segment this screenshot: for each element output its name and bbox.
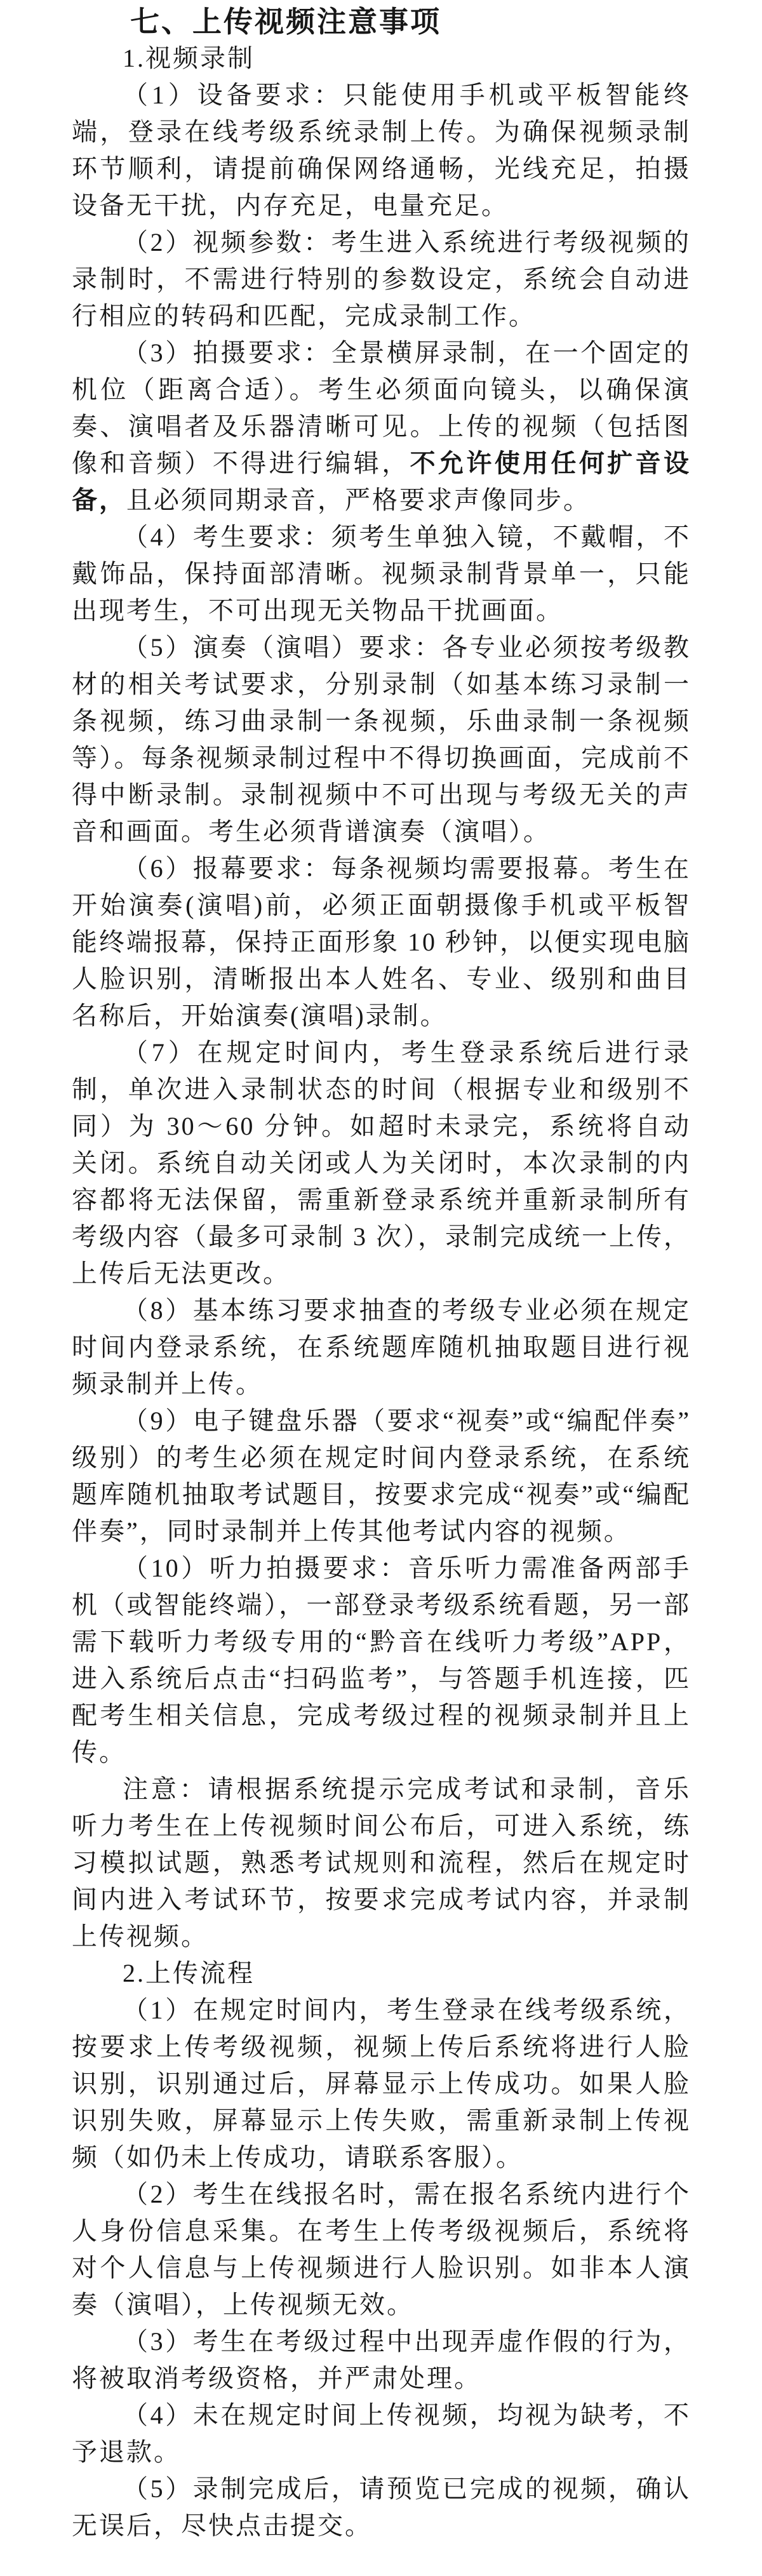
section-heading: 2.上传流程 bbox=[72, 1955, 691, 1992]
body-text: 且必须同期录音，严格要求声像同步。 bbox=[126, 486, 591, 514]
notice-document-page: 七、上传视频注意事项 1.视频录制（1）设备要求：只能使用手机或平板智能终端，登… bbox=[0, 0, 762, 2576]
body-text: （5）录制完成后，请预览已完成的视频，确认无误后，尽快点击提交。 bbox=[72, 2474, 691, 2540]
document-body: 1.视频录制（1）设备要求：只能使用手机或平板智能终端，登录在线考级系统录制上传… bbox=[72, 40, 691, 2544]
body-text: （5）演奏（演唱）要求：各专业必须按考级教材的相关考试要求，分别录制（如基本练习… bbox=[72, 633, 691, 846]
paragraph: （5）演奏（演唱）要求：各专业必须按考级教材的相关考试要求，分别录制（如基本练习… bbox=[72, 629, 691, 850]
body-text: （2）视频参数：考生进入系统进行考级视频的录制时，不需进行特别的参数设定，系统会… bbox=[72, 228, 691, 330]
body-text: （9）电子键盘乐器（要求“视奏”或“编配伴奏”级别）的考生必须在规定时间内登录系… bbox=[72, 1406, 691, 1545]
paragraph: （4）未在规定时间上传视频，均视为缺考，不予退款。 bbox=[72, 2397, 691, 2471]
paragraph: （2）视频参数：考生进入系统进行考级视频的录制时，不需进行特别的参数设定，系统会… bbox=[72, 224, 691, 335]
paragraph: （3）考生在考级过程中出现弄虚作假的行为，将被取消考级资格，并严肃处理。 bbox=[72, 2323, 691, 2397]
body-text: （10）听力拍摄要求：音乐听力需准备两部手机（或智能终端），一部登录考级系统看题… bbox=[72, 1554, 691, 1766]
body-text: 注意：请根据系统提示完成考试和录制，音乐听力考生在上传视频时间公布后，可进入系统… bbox=[72, 1775, 691, 1951]
paragraph: （1）在规定时间内，考生登录在线考级系统，按要求上传考级视频，视频上传后系统将进… bbox=[72, 1992, 691, 2176]
body-text: （3）考生在考级过程中出现弄虚作假的行为，将被取消考级资格，并严肃处理。 bbox=[72, 2327, 691, 2392]
paragraph: （2）考生在线报名时，需在报名系统内进行个人身份信息采集。在考生上传考级视频后，… bbox=[72, 2176, 691, 2323]
body-text: （7）在规定时间内，考生登录系统后进行录制，单次进入录制状态的时间（根据专业和级… bbox=[72, 1038, 691, 1288]
paragraph: （8）基本练习要求抽查的考级专业必须在规定时间内登录系统，在系统题库随机抽取题目… bbox=[72, 1292, 691, 1403]
body-text: （4）未在规定时间上传视频，均视为缺考，不予退款。 bbox=[72, 2401, 691, 2466]
document-title: 七、上传视频注意事项 bbox=[72, 3, 691, 40]
body-text: （8）基本练习要求抽查的考级专业必须在规定时间内登录系统，在系统题库随机抽取题目… bbox=[72, 1296, 691, 1398]
paragraph: （1）设备要求：只能使用手机或平板智能终端，登录在线考级系统录制上传。为确保视频… bbox=[72, 77, 691, 224]
paragraph: （6）报幕要求：每条视频均需要报幕。考生在开始演奏(演唱)前，必须正面朝摄像手机… bbox=[72, 850, 691, 1034]
section-heading: 1.视频录制 bbox=[72, 40, 691, 77]
paragraph: 注意：请根据系统提示完成考试和录制，音乐听力考生在上传视频时间公布后，可进入系统… bbox=[72, 1771, 691, 1955]
body-text: （1）在规定时间内，考生登录在线考级系统，按要求上传考级视频，视频上传后系统将进… bbox=[72, 1996, 691, 2172]
paragraph: （3）拍摄要求：全景横屏录制，在一个固定的机位（距离合适）。考生必须面向镜头，以… bbox=[72, 335, 691, 519]
body-text: （1）设备要求：只能使用手机或平板智能终端，登录在线考级系统录制上传。为确保视频… bbox=[72, 81, 691, 220]
body-text: （6）报幕要求：每条视频均需要报幕。考生在开始演奏(演唱)前，必须正面朝摄像手机… bbox=[72, 854, 691, 1030]
paragraph: （7）在规定时间内，考生登录系统后进行录制，单次进入录制状态的时间（根据专业和级… bbox=[72, 1034, 691, 1292]
body-text: （2）考生在线报名时，需在报名系统内进行个人身份信息采集。在考生上传考级视频后，… bbox=[72, 2180, 691, 2319]
body-text: （4）考生要求：须考生单独入镜，不戴帽，不戴饰品，保持面部清晰。视频录制背景单一… bbox=[72, 523, 691, 625]
paragraph: （10）听力拍摄要求：音乐听力需准备两部手机（或智能终端），一部登录考级系统看题… bbox=[72, 1550, 691, 1771]
paragraph: （4）考生要求：须考生单独入镜，不戴帽，不戴饰品，保持面部清晰。视频录制背景单一… bbox=[72, 519, 691, 629]
paragraph: （9）电子键盘乐器（要求“视奏”或“编配伴奏”级别）的考生必须在规定时间内登录系… bbox=[72, 1403, 691, 1550]
paragraph: （5）录制完成后，请预览已完成的视频，确认无误后，尽快点击提交。 bbox=[72, 2471, 691, 2544]
